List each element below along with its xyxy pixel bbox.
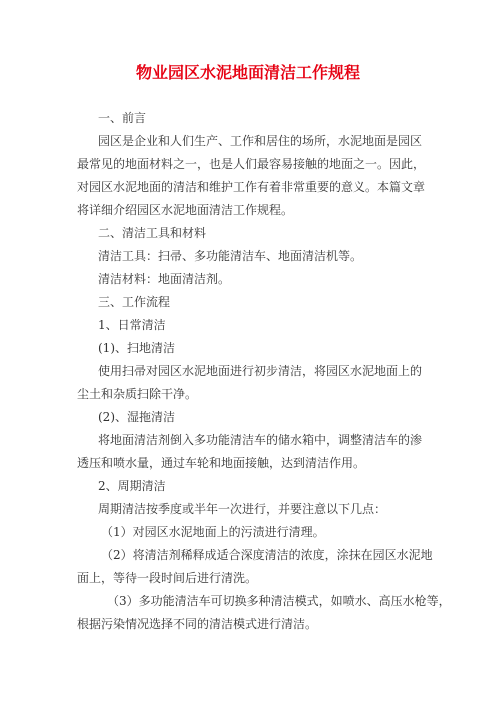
document-title: 物业园区水泥地面清洁工作规程: [0, 62, 496, 84]
paragraph-line: 清洁材料：地面清洁剂。: [77, 268, 417, 291]
document-page: 物业园区水泥地面清洁工作规程 一、前言 园区是企业和人们生产、工作和居住的场所，…: [0, 0, 496, 702]
subheading-wet-mopping: (2)、湿拖清洁: [77, 406, 417, 429]
paragraph-line: 周期清洁按季度或半年一次进行，并要注意以下几点：: [77, 498, 417, 521]
list-item: （3）多功能清洁车可切换多种清洁模式，如喷水、高压水枪等，: [77, 590, 417, 613]
list-item: （1）对园区水泥地面上的污渍进行清理。: [77, 521, 417, 544]
paragraph-line: 使用扫帚对园区水泥地面进行初步清洁，将园区水泥地面上的: [77, 360, 417, 383]
section-heading-tools: 二、清洁工具和材料: [77, 222, 417, 245]
subheading-sweeping: (1)、扫地清洁: [77, 337, 417, 360]
paragraph-line: 根据污染情况选择不同的清洁模式进行清洁。: [77, 613, 417, 636]
paragraph-line: 最常见的地面材料之一，也是人们最容易接触的地面之一。因此，: [77, 153, 417, 176]
paragraph-line: 将详细介绍园区水泥地面清洁工作规程。: [77, 199, 417, 222]
paragraph-line: 尘土和杂质扫除干净。: [77, 383, 417, 406]
paragraph-line: 面上，等待一段时间后进行清洗。: [77, 567, 417, 590]
paragraph-line: 透压和喷水量，通过车轮和地面接触，达到清洁作用。: [77, 452, 417, 475]
subheading-periodic-cleaning: 2、周期清洁: [77, 475, 417, 498]
section-heading-workflow: 三、工作流程: [77, 291, 417, 314]
paragraph-line: 园区是企业和人们生产、工作和居住的场所，水泥地面是园区: [77, 130, 417, 153]
document-body: 一、前言 园区是企业和人们生产、工作和居住的场所，水泥地面是园区 最常见的地面材…: [77, 107, 417, 636]
paragraph-line: 对园区水泥地面的清洁和维护工作有着非常重要的意义。本篇文章: [77, 176, 417, 199]
paragraph-line: 清洁工具：扫帚、多功能清洁车、地面清洁机等。: [77, 245, 417, 268]
subheading-daily-cleaning: 1、日常清洁: [77, 314, 417, 337]
paragraph-line: 将地面清洁剂倒入多功能清洁车的储水箱中，调整清洁车的渗: [77, 429, 417, 452]
section-heading-preface: 一、前言: [77, 107, 417, 130]
list-item: （2）将清洁剂稀释成适合深度清洁的浓度，涂抹在园区水泥地: [77, 544, 417, 567]
